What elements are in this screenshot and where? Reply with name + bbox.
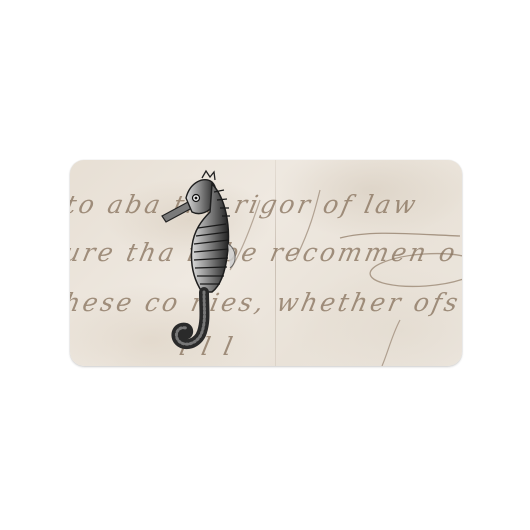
address-label: to aba the rigor of law ure tha it be re… [70, 160, 462, 366]
handwriting-line-1: to aba the rigor of law [70, 190, 421, 219]
handwriting-line-3: hese co nies, whether ofs [70, 288, 462, 317]
seahorse-icon [154, 168, 244, 358]
handwriting-line-2: ure tha it be recommen o [70, 238, 461, 267]
